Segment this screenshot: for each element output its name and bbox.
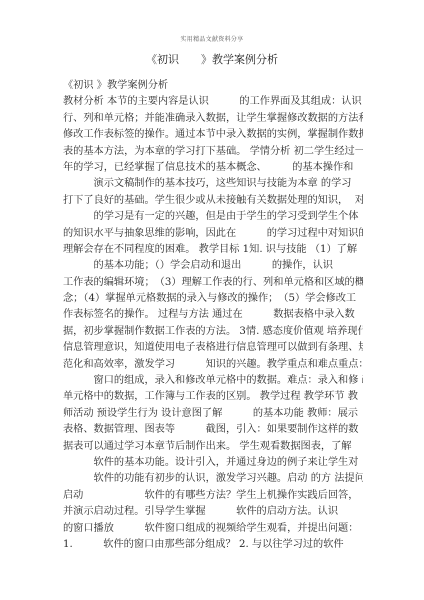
- text-line: 的基本功能；（）学会启动和退出 的操作，认识: [63, 258, 363, 274]
- text-line: 打下了良好的基础。学生很少或从未接触有关数据处理的知识， 对: [63, 193, 363, 209]
- text-line: 的学习是有一定的兴趣，但是由于学生的学习受到学生个体: [63, 209, 363, 225]
- section-heading: 《初识 》教学案例分析: [63, 78, 363, 94]
- text-line: 并演示启动过程。引导学生掌握 软件的启动方法。认识: [63, 504, 363, 520]
- text-line: 师活动 预设学生行为 设计意图了解 的基本功能 教师：展示: [63, 406, 363, 422]
- text-line: 教材分析 本节的主要内容是认识 的工作界面及其组成：认识: [63, 94, 363, 110]
- text-line: 软件的基本功能。设计引入，并通过身边的例子来让学生对: [63, 455, 363, 471]
- text-line: 启动 软件的有哪些方法？学生上机操作实践后回答，: [63, 488, 363, 504]
- text-line: 范化和高效率，激发学习 知识的兴趣。教学重点和难点重点：: [63, 357, 363, 373]
- text-line: 1. 软件的窗口由那些部分组成？ 2. 与以往学习过的软件: [63, 537, 363, 553]
- text-line: 理解会存在不同程度的困难。 教学目标 1知. 识与技能 （1）了解: [63, 242, 363, 258]
- text-line: 表的基本方法，为本章的学习打下基础。 学情分析 初二学生经过一: [63, 144, 363, 160]
- text-line: 的窗口播放 软件窗口组成的视频给学生观看，并提出问题：: [63, 521, 363, 537]
- text-line: 据，初步掌握制作数据工作表的方法。 3情. 感态度价值观 培养现代: [63, 324, 363, 340]
- text-line: 演示文稿制作的基本技巧，这些知识与技能为本章 的学习: [63, 176, 363, 192]
- text-line: 行、列和单元格；并能准确录入数据，让学生掌握修改数据的方法和: [63, 111, 363, 127]
- text-line: 软件的功能有初步的认识，激发学习兴趣。启动 的方 法提问: [63, 471, 363, 487]
- document-title: 《初识 》教学案例分析: [0, 51, 424, 67]
- text-line: 窗口的组成，录入和修改单元格中的数据。难点：录入和修 改: [63, 373, 363, 389]
- document-body: 《初识 》教学案例分析 教材分析 本节的主要内容是认识 的工作界面及其组成：认识…: [63, 78, 363, 553]
- text-line: 修改工作表标签的操作。通过本节中录入数据的实例，掌握制作数据: [63, 127, 363, 143]
- text-line: 据表可以通过学习本章节后制作出来。 学生观看数据图表，了解: [63, 439, 363, 455]
- text-line: 工作表的编辑环境； （3）理解工作表的行、列和单元格和区域的概: [63, 275, 363, 291]
- page-header: 实用精品文献资料分享: [0, 34, 424, 43]
- text-line: 念；（4）掌握单元格数据的录入与修改的操作； （5）学会修改工: [63, 291, 363, 307]
- text-line: 信息管理意识，知道使用电子表格进行信息管理可以做到有条理、规: [63, 340, 363, 356]
- text-line: 作表标签名的操作。 过程与方法 通过在 数据表格中录入数: [63, 307, 363, 323]
- text-line: 表格、数据管理、图表等 截图，引入：如果要制作这样的数: [63, 422, 363, 438]
- text-line: 年的学习，已经掌握了信息技术的基本概念、 的基本操作和: [63, 160, 363, 176]
- text-line: 单元格中的数据，工作簿与工作表的区别。 教学过程 教学环节 教: [63, 389, 363, 405]
- text-line: 的知识水平与抽象思维的影响，因此在 的学习过程中对知识的: [63, 226, 363, 242]
